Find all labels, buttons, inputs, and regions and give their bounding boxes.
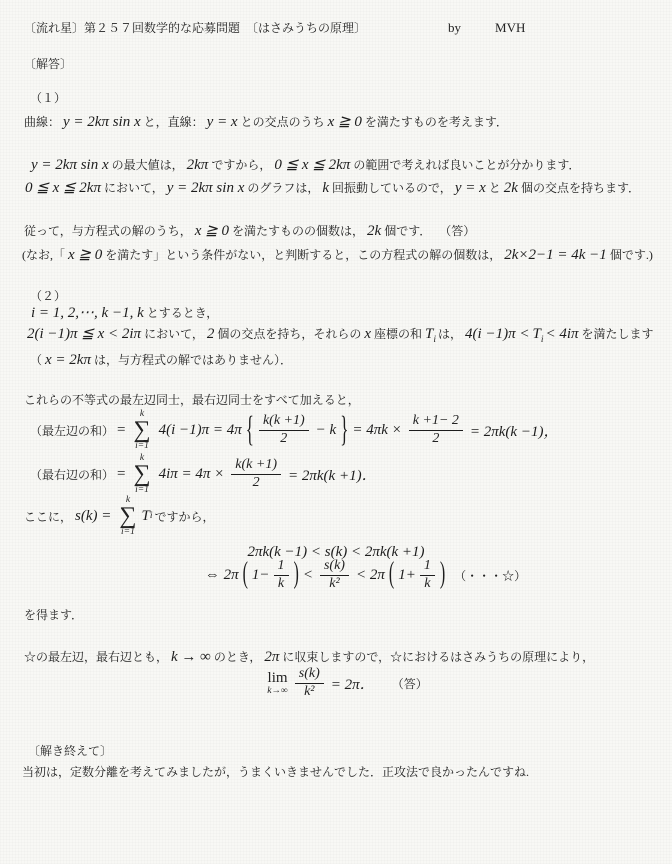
math-inline: < 4iπ [545, 326, 578, 342]
math-inline: 0 ≦ x ≦ 2kπ [274, 157, 350, 173]
summation: k ∑ i=1 [133, 453, 150, 495]
part2-label-text: （２） [30, 289, 66, 303]
afterword-label-text: 〔解き終えて〕 [28, 744, 112, 758]
math-inline: x = 2kπ [45, 352, 91, 368]
p2-line4: これらの不等式の最左辺同士，最右辺同士をすべて加えると， [24, 390, 360, 410]
math-inline: 2kπ [187, 157, 209, 173]
text-run: 曲線： [24, 115, 60, 129]
answer-section-label: 〔解答〕 [24, 54, 72, 74]
p2-line2: 2(i −1)π ≦ x < 2iπにおいて，2個の交点を持ち，それらのx座標の… [24, 324, 654, 350]
text-run: 個です． [384, 224, 431, 238]
text-run: のグラフは， [247, 181, 319, 195]
text-run: ですから， [211, 158, 271, 172]
formula-limit-result: lim k→∞ s(k) k² = 2π． （答） [0, 666, 672, 700]
text-run: に収束しますので，☆におけるはさみうちの原理により， [282, 650, 594, 664]
fraction: s(k) k² [295, 666, 324, 700]
text-run: は，与方程式の解ではありません）． [94, 353, 292, 367]
p1-line3: 0 ≦ x ≦ 2kπにおいて，y = 2kπ sin xのグラフは，k回振動し… [22, 178, 640, 198]
sigma-icon: ∑ [133, 419, 150, 441]
part1-label-text: （１） [30, 91, 66, 105]
math-inline: y = 2kπ sin x [31, 157, 109, 173]
text-run: のとき， [214, 650, 262, 664]
math-inline: < 2π [356, 567, 385, 584]
denominator: k [420, 576, 434, 592]
math-inline: = 4πk × [352, 422, 401, 439]
doc-header: 〔流れ星〕第２５７回数学的な応募問題 〔はさみうちの原理〕 by MVH [24, 18, 525, 38]
text-run: ここに， [24, 508, 72, 525]
sum-lower-limit: i=1 [135, 441, 149, 451]
formula-left-side-sum: （最左辺の和） = k ∑ i=1 4(i −1)π = 4π { k(k +1… [30, 409, 561, 451]
sum-lower-limit: i=1 [135, 485, 149, 495]
numerator: k(k +1) [231, 457, 281, 475]
text-run: の範囲で考えれば良いことが分かります． [353, 158, 580, 172]
fraction: 1 k [420, 558, 435, 592]
math-inline: 0 ≦ x ≦ 2kπ [25, 180, 101, 196]
text-run: これらの不等式の最左辺同士，最右辺同士をすべて加えると， [24, 393, 360, 407]
math-inline: − k [316, 422, 337, 439]
right-paren: ) [294, 558, 299, 592]
limit-operator: lim k→∞ [267, 670, 288, 696]
math-inline: s(k) = [75, 508, 111, 525]
math-inline: = 2πk(k +1)． [288, 464, 377, 485]
text-run: を満たすものの個数は， [232, 224, 364, 238]
subscript: i [541, 335, 544, 345]
text-run: 個の交点を持ちます． [521, 181, 640, 195]
math-inline: k [322, 180, 329, 196]
text-run: を得ます． [24, 608, 83, 622]
denominator: k [274, 576, 288, 592]
by-label: by [448, 20, 461, 35]
equals-sign: = [117, 422, 125, 439]
fraction: k(k +1) 2 [231, 457, 281, 491]
math-inline: x ≧ 0 [68, 247, 102, 263]
right-brace: } [340, 409, 348, 451]
lim-word: lim [268, 670, 288, 686]
text-run: との交点のうち [241, 115, 325, 129]
star-reference-mark: （・・・☆） [454, 567, 526, 584]
math-inline: 4iπ = 4π × [159, 466, 225, 483]
numerator: s(k) [320, 558, 349, 576]
fraction: k +1− 2 2 [409, 413, 463, 447]
afterword-heading: 〔解き終えて〕 [28, 741, 112, 761]
left-paren: ( [243, 558, 248, 592]
p1-line2: y = 2kπ sin xの最大値は，2kπですから，0 ≦ x ≦ 2kπの範… [28, 155, 580, 175]
text-run: を満たします [582, 327, 654, 341]
math-inline: 1− [252, 567, 270, 584]
math-inline: 2k×2−1 = 4k −1 [504, 247, 607, 263]
math-inline: i = 1, 2,⋯, k −1, k [31, 305, 144, 321]
text-run: は， [438, 327, 462, 341]
doc-title: 〔流れ星〕第２５７回数学的な応募問題 〔はさみうちの原理〕 [24, 21, 366, 35]
text-run: において， [144, 327, 204, 341]
math-inline: 2 [207, 326, 215, 342]
fraction: s(k) k² [320, 558, 349, 592]
left-paren: ( [389, 558, 394, 592]
text-run: 個の交点を持ち，それらの [217, 327, 361, 341]
math-inline: y = 2kπ sin x [63, 114, 141, 130]
math-inline: x [364, 326, 371, 342]
math-inline: y = x [207, 114, 238, 130]
math-inline: = 2π． [331, 673, 375, 694]
math-inline: = 2πk(k −1)， [470, 420, 559, 441]
math-inline: 1+ [398, 567, 416, 584]
math-inline: y = 2kπ sin x [167, 180, 245, 196]
afterword-body: 当初は，定数分離を考えてみましたが，うまくいきませんでした．正攻法で良かったんで… [22, 762, 529, 782]
right-paren: ) [440, 558, 445, 592]
text-run: （ [30, 353, 42, 367]
denominator: k² [325, 576, 343, 592]
answer-label-text: 〔解答〕 [24, 57, 72, 71]
numerator: k +1− 2 [409, 413, 463, 431]
text-run: 個です.) [610, 248, 653, 262]
author-name: MVH [495, 20, 525, 35]
math-inline: k → ∞ [171, 649, 211, 665]
math-inline: 2k [367, 223, 381, 239]
p2-line1: i = 1, 2,⋯, k −1, kとするとき， [28, 303, 218, 323]
math-inline: ⇔ 2π [205, 567, 239, 584]
left-brace: { [246, 409, 254, 451]
text-run: 当初は，定数分離を考えてみましたが，うまくいきませんでした．正攻法で良かったんで… [22, 765, 529, 779]
math-variable: T [141, 508, 149, 525]
p1-line4-answer: 従って，与方程式の解のうち，x ≧ 0を満たすものの個数は，2k個です．（答） [24, 221, 475, 241]
text-run: を満たす」という条件がない，と判断すると，この方程式の解の個数は， [105, 248, 501, 262]
p2-line3-note: （x = 2kπは，与方程式の解ではありません）． [30, 350, 292, 370]
text-run: において， [104, 181, 164, 195]
sum-lower-limit: i=1 [121, 527, 135, 537]
numerator: s(k) [295, 666, 324, 684]
text-run: 座標の和 [374, 327, 422, 341]
math-inline: 2(i −1)π ≦ x < 2iπ [27, 326, 141, 342]
p2-line6: を得ます． [24, 605, 83, 625]
denominator: 2 [249, 475, 264, 491]
numerator: 1 [420, 558, 435, 576]
document-page: 〔流れ星〕第２５７回数学的な応募問題 〔はさみうちの原理〕 by MVH 〔解答… [0, 0, 672, 864]
summation: k ∑ i=1 [133, 409, 150, 451]
text-run: ☆の最左辺，最右辺とも， [24, 650, 168, 664]
text-run: 回振動しているので， [332, 181, 452, 195]
numerator: 1 [274, 558, 289, 576]
less-than-sign: < [303, 567, 313, 584]
denominator: k² [300, 684, 318, 700]
formula-label: （最左辺の和） [30, 422, 114, 439]
numerator: k(k +1) [259, 413, 309, 431]
p1-line1: 曲線：y = 2kπ sin xと，直線：y = xとの交点のうちx ≧ 0を満… [24, 112, 508, 132]
text-run: と [489, 181, 501, 195]
p1-line5-note: (なお,「x ≧ 0を満たす」という条件がない，と判断すると，この方程式の解の個… [22, 245, 653, 265]
subscript: i [433, 335, 436, 345]
text-run: 従って，与方程式の解のうち， [24, 224, 192, 238]
text-run: とするとき， [147, 306, 219, 320]
math-inline: x ≧ 0 [328, 114, 362, 130]
part1-heading: （１） [30, 88, 66, 108]
subscript: i [150, 511, 153, 521]
text-run: の最大値は， [112, 158, 184, 172]
formula-label: （最右辺の和） [30, 466, 114, 483]
text-run: を満たすものを考えます． [365, 115, 508, 129]
text-run: (なお,「 [22, 248, 65, 262]
text-run: と，直線： [144, 115, 204, 129]
formula-equivalent-inequality: ⇔ 2π ( 1− 1 k ) < s(k) k² < 2π ( 1+ 1 k … [0, 558, 672, 592]
fraction: 1 k [274, 558, 289, 592]
math-inline: y = x [455, 180, 486, 196]
fraction: k(k +1) 2 [259, 413, 309, 447]
p2-line7: ☆の最左辺，最右辺とも，k → ∞のとき，2πに収束しますので，☆におけるはさみ… [24, 647, 594, 667]
sigma-icon: ∑ [119, 505, 136, 527]
formula-right-side-sum: （最右辺の和） = k ∑ i=1 4iπ = 4π × k(k +1) 2 =… [30, 453, 380, 495]
lim-subscript: k→∞ [267, 686, 288, 696]
math-inline: 2π [264, 649, 279, 665]
math-variable: T [532, 326, 540, 342]
denominator: 2 [428, 431, 443, 447]
math-inline: 2k [504, 180, 518, 196]
math-inline: 4(i −1)π = 4π [159, 422, 242, 439]
sigma-icon: ∑ [133, 463, 150, 485]
p2-line5-sk-definition: ここに， s(k) = k ∑ i=1 Ti ですから， [24, 495, 214, 537]
math-inline: x ≧ 0 [195, 223, 229, 239]
equals-sign: = [117, 466, 125, 483]
text-run: ですから， [154, 508, 214, 525]
answer-mark: （答） [392, 675, 428, 692]
denominator: 2 [276, 431, 291, 447]
summation: k ∑ i=1 [119, 495, 136, 537]
answer-mark: （答） [445, 224, 475, 238]
math-inline: 4(i −1)π < [465, 326, 529, 342]
